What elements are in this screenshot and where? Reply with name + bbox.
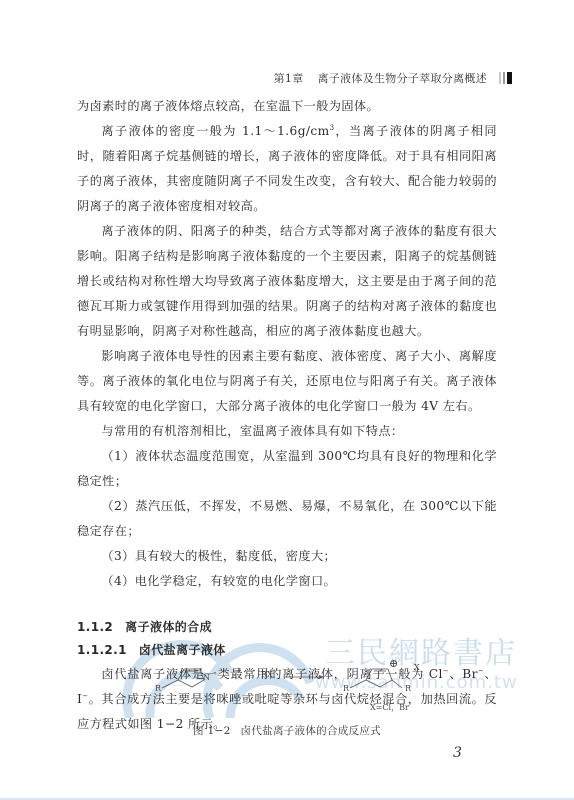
list-item: （3）具有较大的极性，黏度低，密度大； [77,544,497,569]
subsection-title: 卤代盐离子液体 [139,643,226,657]
paragraph: 为卤素时的离子液体熔点较高，在室温下一般为固体。 [77,94,497,119]
anion-label: X [414,663,420,672]
paragraph: 与常用的有机溶剂相比，室温离子液体具有如下特点： [77,419,497,444]
imidazolium-ring-icon [340,660,420,700]
chapter-number: 第1章 [274,70,304,86]
subsection-heading: 1.1.2.1卤代盐离子液体 [77,639,497,662]
paragraph: 影响离子液体电导性的因素主要有黏度、液体密度、离子大小、离解度等。离子液体的氧化… [77,344,497,419]
list-item: （4）电化学稳定，有较宽的电化学窗口。 [77,569,497,594]
header-bars-icon [499,72,512,84]
list-item: （1）液体状态温度范围宽，从室温到 300℃均具有良好的物理和化学稳定性； [77,444,497,494]
r-label: R [155,684,161,693]
condition-label: X=Cl，Br [370,702,409,713]
page-number: 3 [453,745,462,761]
figure-number: 图 1−2 [193,725,231,737]
paragraph: 离子液体的阴、阳离子的种类，结合方式等都对离子液体的黏度有很大影响。阳离子结构是… [77,219,497,344]
list-item: （2）蒸汽压低，不挥发，不易燃、易爆，不易氧化，在 300℃以下能稳定存在； [77,494,497,544]
figure-caption: 图 1−2卤代盐离子液体的合成反应式 [0,723,574,738]
positive-charge-icon: ⊕ [389,657,398,670]
section-heading: 1.1.2离子液体的合成 [77,616,497,639]
plus-sign: + [235,666,242,675]
chapter-title: 离子液体及生物分子萃取分离概述 [318,70,488,86]
section-title: 离子液体的合成 [125,620,212,634]
reaction-arrow-icon [285,672,325,682]
section-number: 1.1.2 [77,620,113,634]
n-label: N [203,673,210,682]
subsection-number: 1.1.2.1 [77,643,127,657]
paragraph: 离子液体的密度一般为 1.1～1.6g/cm3，当离子液体的阴离子相同时，随着阳… [77,119,497,219]
reagent-label: RX [261,670,273,679]
running-header: 第1章 离子液体及生物分子萃取分离概述 [274,70,512,86]
r-label: R [343,684,349,693]
r-label: R [405,684,411,693]
reaction-figure: R N + RX R ⊕ X R X=Cl，Br [150,660,470,720]
body-text: 为卤素时的离子液体熔点较高，在室温下一般为固体。 离子液体的密度一般为 1.1～… [77,94,497,737]
figure-caption-text: 卤代盐离子液体的合成反应式 [241,725,381,737]
book-page: 第1章 离子液体及生物分子萃取分离概述 三 民 三民網路書店 www.sanmi… [0,0,574,800]
